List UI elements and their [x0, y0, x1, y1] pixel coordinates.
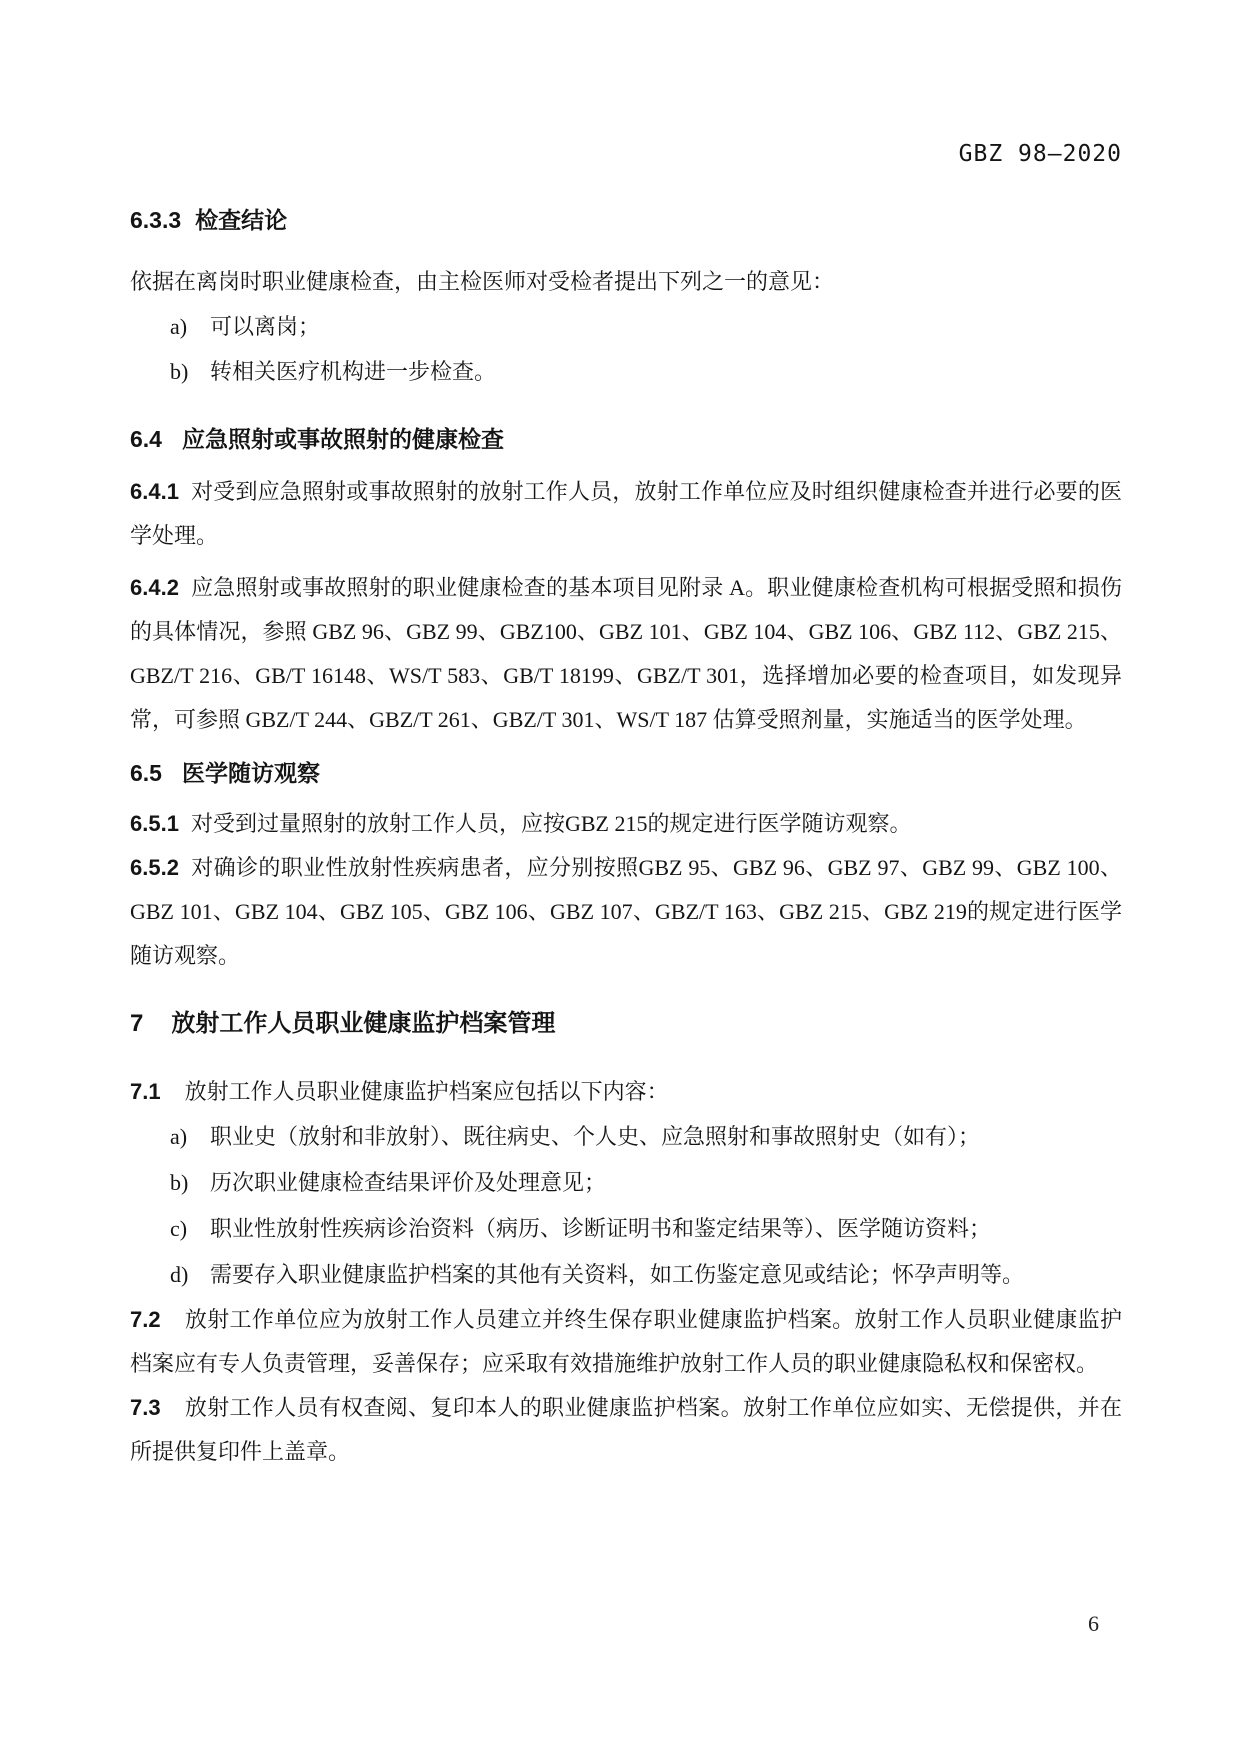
list-item-a: a)职业史（放射和非放射）、既往病史、个人史、应急照射和事故照射史（如有）；	[130, 1114, 1122, 1160]
clause-number: 6.4.2	[130, 575, 179, 600]
chapter-number: 7	[130, 1010, 143, 1037]
intro-paragraph: 依据在离岗时职业健康检查，由主检医师对受检者提出下列之一的意见：	[130, 260, 1122, 304]
section-number: 6.4	[130, 426, 162, 452]
clause-text: 应急照射或事故照射的职业健康检查的基本项目见附录 A。职业健康检查机构可根据受照…	[130, 575, 1122, 732]
clause-text: 对确诊的职业性放射性疾病患者，应分别按照GBZ 95、GBZ 96、GBZ 97…	[130, 855, 1122, 968]
doc-code-header: GBZ 98—2020	[130, 0, 1122, 166]
chapter-heading-7: 7放射工作人员职业健康监护档案管理	[130, 1008, 1122, 1040]
page-number: 6	[1088, 1610, 1099, 1638]
clause-number: 6.5.1	[130, 811, 179, 836]
clause-7-3: 7.3放射工作人员有权查阅、复印本人的职业健康监护档案。放射工作单位应如实、无偿…	[130, 1386, 1122, 1474]
clause-7-2: 7.2放射工作单位应为放射工作人员建立并终生保存职业健康监护档案。放射工作人员职…	[130, 1298, 1122, 1386]
list-marker: a)	[170, 304, 210, 349]
content-area: GBZ 98—2020 6.3.3检查结论 依据在离岗时职业健康检查，由主检医师…	[130, 0, 1122, 1474]
clause-number: 7.2	[130, 1307, 161, 1332]
list-item-b: b)历次职业健康检查结果评价及处理意见；	[130, 1160, 1122, 1206]
list-item-d: d)需要存入职业健康监护档案的其他有关资料，如工伤鉴定意见或结论；怀孕声明等。	[130, 1252, 1122, 1298]
list-text: 职业性放射性疾病诊治资料（病历、诊断证明书和鉴定结果等）、医学随访资料；	[210, 1216, 991, 1241]
list-item-a: a)可以离岗；	[130, 304, 1122, 349]
clause-number: 7.1	[130, 1079, 161, 1104]
list-marker: a)	[170, 1114, 210, 1160]
list-text: 转相关医疗机构进一步检查。	[210, 359, 496, 384]
list-item-b: b)转相关医疗机构进一步检查。	[130, 349, 1122, 394]
section-title: 应急照射或事故照射的健康检查	[182, 426, 504, 452]
clause-7-1: 7.1放射工作人员职业健康监护档案应包括以下内容：	[130, 1070, 1122, 1114]
clause-6-4-2: 6.4.2应急照射或事故照射的职业健康检查的基本项目见附录 A。职业健康检查机构…	[130, 566, 1122, 742]
section-heading-6-4: 6.4应急照射或事故照射的健康检查	[130, 424, 1122, 454]
document-page: GBZ 98—2020 6.3.3检查结论 依据在离岗时职业健康检查，由主检医师…	[0, 0, 1241, 1755]
clause-text: 放射工作单位应为放射工作人员建立并终生保存职业健康监护档案。放射工作人员职业健康…	[130, 1307, 1122, 1376]
list-7-1: a)职业史（放射和非放射）、既往病史、个人史、应急照射和事故照射史（如有）； b…	[130, 1114, 1122, 1298]
section-title: 检查结论	[195, 207, 287, 233]
clause-6-5-1: 6.5.1对受到过量照射的放射工作人员，应按GBZ 215的规定进行医学随访观察…	[130, 802, 1122, 846]
list-marker: b)	[170, 349, 210, 394]
clause-text: 对受到过量照射的放射工作人员，应按GBZ 215的规定进行医学随访观察。	[191, 811, 912, 836]
clause-6-5-2: 6.5.2对确诊的职业性放射性疾病患者，应分别按照GBZ 95、GBZ 96、G…	[130, 846, 1122, 978]
list-item-c: c)职业性放射性疾病诊治资料（病历、诊断证明书和鉴定结果等）、医学随访资料；	[130, 1206, 1122, 1252]
list-text: 职业史（放射和非放射）、既往病史、个人史、应急照射和事故照射史（如有）；	[210, 1124, 980, 1149]
clause-text: 放射工作人员有权查阅、复印本人的职业健康监护档案。放射工作单位应如实、无偿提供，…	[130, 1395, 1122, 1464]
list-text: 需要存入职业健康监护档案的其他有关资料，如工伤鉴定意见或结论；怀孕声明等。	[210, 1262, 1024, 1287]
section-title: 医学随访观察	[182, 760, 320, 786]
section-heading-6-3-3: 6.3.3检查结论	[130, 206, 1122, 234]
clause-number: 7.3	[130, 1395, 161, 1420]
chapter-title: 放射工作人员职业健康监护档案管理	[171, 1010, 555, 1037]
list-marker: c)	[170, 1206, 210, 1252]
list-6-3-3: a)可以离岗； b)转相关医疗机构进一步检查。	[130, 304, 1122, 394]
section-number: 6.3.3	[130, 207, 181, 233]
list-marker: d)	[170, 1252, 210, 1298]
clause-text: 对受到应急照射或事故照射的放射工作人员，放射工作单位应及时组织健康检查并进行必要…	[130, 479, 1122, 548]
section-heading-6-5: 6.5医学随访观察	[130, 758, 1122, 788]
list-marker: b)	[170, 1160, 210, 1206]
list-text: 历次职业健康检查结果评价及处理意见；	[210, 1170, 606, 1195]
list-text: 可以离岗；	[210, 314, 320, 339]
clause-number: 6.4.1	[130, 479, 179, 504]
clause-number: 6.5.2	[130, 855, 179, 880]
section-number: 6.5	[130, 760, 162, 786]
clause-text: 放射工作人员职业健康监护档案应包括以下内容：	[185, 1079, 669, 1104]
clause-6-4-1: 6.4.1对受到应急照射或事故照射的放射工作人员，放射工作单位应及时组织健康检查…	[130, 470, 1122, 558]
